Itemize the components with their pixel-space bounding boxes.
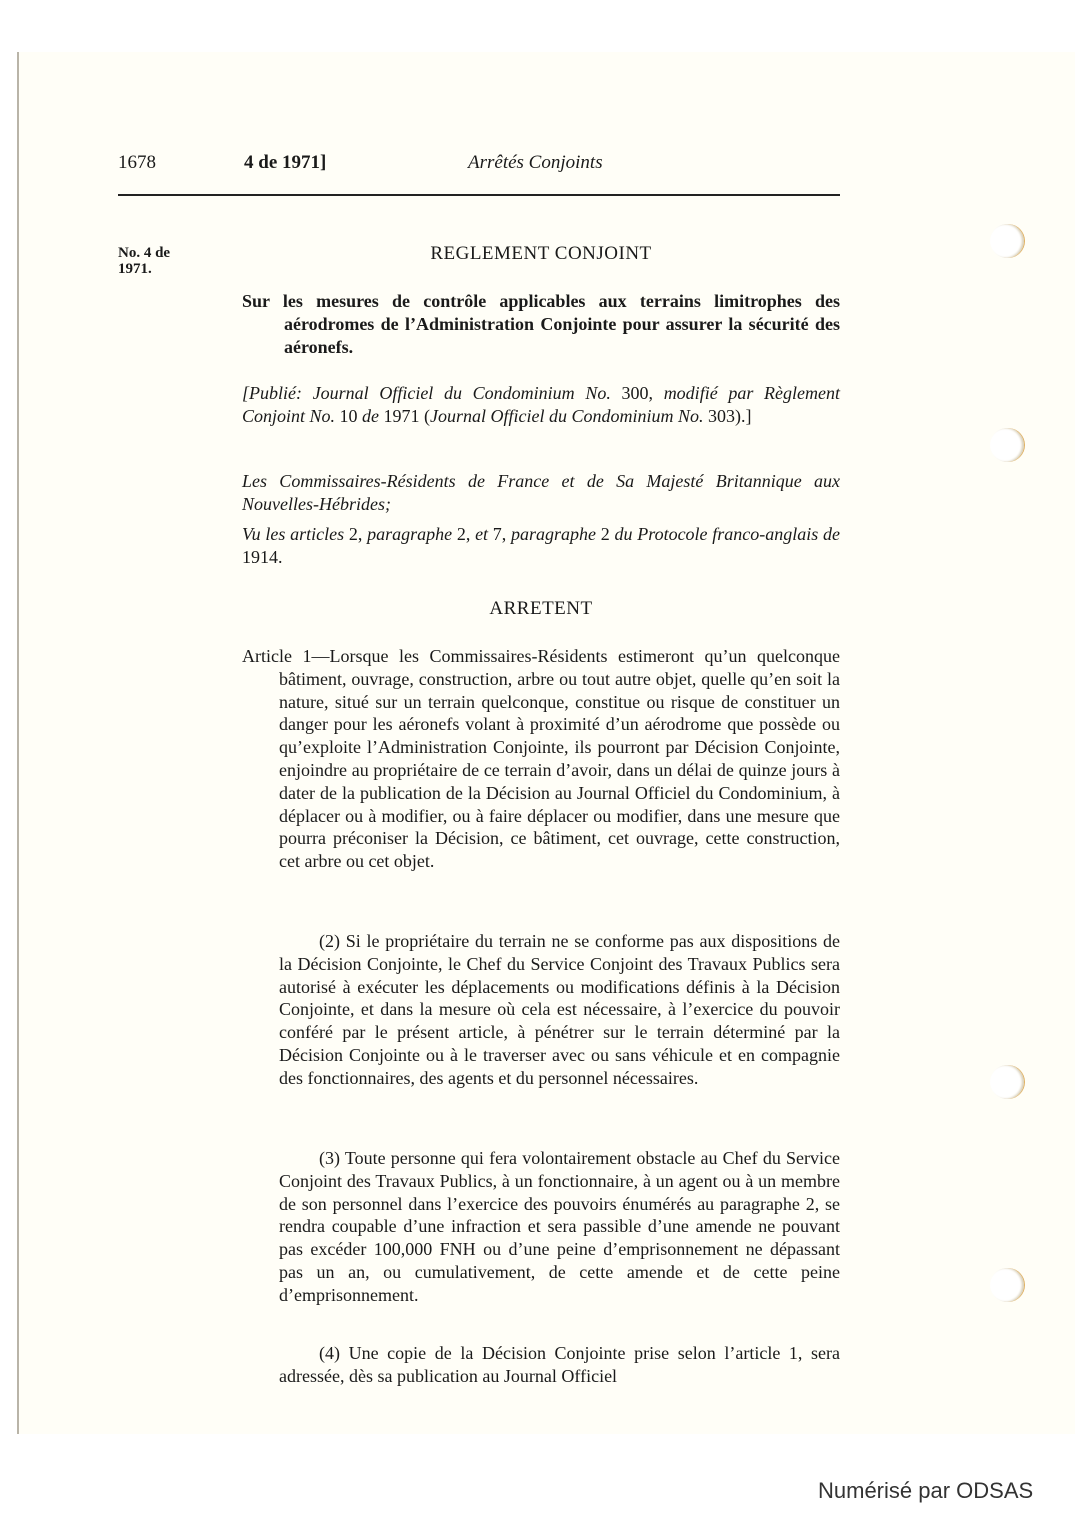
- preamble-number: 7,: [488, 524, 511, 544]
- binder-hole-icon: [990, 428, 1024, 462]
- preamble-number: 2,: [344, 524, 367, 544]
- preamble-number: 2: [596, 524, 614, 544]
- paragraph-2: (2) Si le propriétaire du terrain ne se …: [279, 930, 840, 1090]
- document-subject: Sur les mesures de contrôle applicables …: [242, 290, 840, 359]
- paragraph-4: (4) Une copie de la Décision Conjointe p…: [279, 1342, 840, 1388]
- article-1: Article 1—Lorsque les Commissaires-Résid…: [242, 645, 840, 873]
- margin-note: No. 4 de 1971.: [118, 245, 170, 277]
- publication-number: 10: [335, 406, 362, 426]
- preamble-text: du Protocole franco-anglais de: [615, 524, 841, 544]
- digitization-watermark: Numérisé par ODSAS: [818, 1478, 1033, 1504]
- preamble-number: 2,: [452, 524, 475, 544]
- margin-note-line: No. 4 de: [118, 245, 170, 261]
- publication-note: [Publié: Journal Officiel du Condominium…: [242, 382, 840, 428]
- margin-note-line: 1971.: [118, 261, 170, 277]
- preamble-text: et: [475, 524, 488, 544]
- publication-text: de: [362, 406, 379, 426]
- preamble-vu: Vu les articles 2, paragraphe 2, et 7, p…: [242, 523, 840, 569]
- preamble-number: 1914.: [242, 547, 283, 567]
- section-heading-arretent: ARRETENT: [242, 598, 840, 620]
- binder-hole-icon: [990, 1065, 1024, 1099]
- binder-hole-icon: [990, 224, 1024, 258]
- publication-number: 303).]: [704, 406, 752, 426]
- act-number: 4 de 1971]: [244, 152, 326, 174]
- header-rule: [118, 194, 840, 196]
- page-header: 1678 4 de 1971] Arrêtés Conjoints: [0, 152, 1075, 182]
- document-title: REGLEMENT CONJOINT: [242, 243, 840, 265]
- page-number: 1678: [118, 152, 156, 174]
- publication-number: 1971 (: [379, 406, 430, 426]
- preamble-commissioners: Les Commissaires-Résidents de France et …: [242, 470, 840, 516]
- publication-text: [Publié: Journal Officiel du Condominium…: [242, 383, 611, 403]
- running-title: Arrêtés Conjoints: [468, 152, 603, 174]
- paragraph-3: (3) Toute personne qui fera volontaireme…: [279, 1147, 840, 1307]
- publication-number: 300,: [611, 383, 664, 403]
- preamble-text: paragraphe: [367, 524, 452, 544]
- publication-text: Journal Officiel du Condominium No.: [430, 406, 704, 426]
- preamble-text: paragraphe: [511, 524, 596, 544]
- binder-hole-icon: [990, 1268, 1024, 1302]
- preamble-text: Vu les articles: [242, 524, 344, 544]
